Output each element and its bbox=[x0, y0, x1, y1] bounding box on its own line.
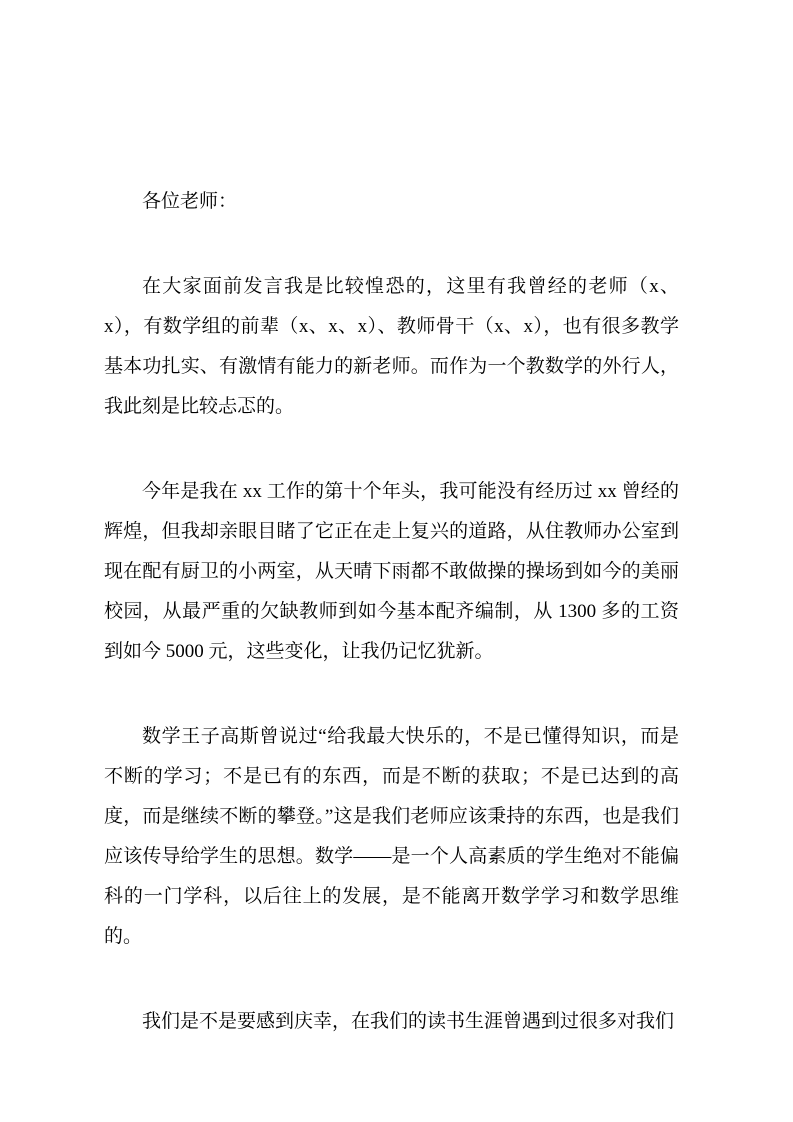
document-body: 各位老师： 在大家面前发言我是比较惶恐的，这里有我曾经的老师（x、x），有数学组… bbox=[104, 182, 679, 1042]
paragraph-intro: 在大家面前发言我是比较惶恐的，这里有我曾经的老师（x、x），有数学组的前辈（x、… bbox=[104, 267, 679, 427]
paragraph-gauss-quote: 数学王子高斯曾说过“给我最大快乐的，不是已懂得知识，而是不断的学习；不是已有的东… bbox=[104, 717, 679, 957]
paragraph-gratitude: 我们是不是要感到庆幸，在我们的读书生涯曾遇到过很多对我们 bbox=[104, 1002, 679, 1042]
paragraph-work-history: 今年是我在 xx 工作的第十个年头，我可能没有经历过 xx 曾经的辉煌，但我却亲… bbox=[104, 472, 679, 672]
document-page: 各位老师： 在大家面前发言我是比较惶恐的，这里有我曾经的老师（x、x），有数学组… bbox=[0, 0, 793, 1122]
salutation-paragraph: 各位老师： bbox=[104, 182, 679, 222]
